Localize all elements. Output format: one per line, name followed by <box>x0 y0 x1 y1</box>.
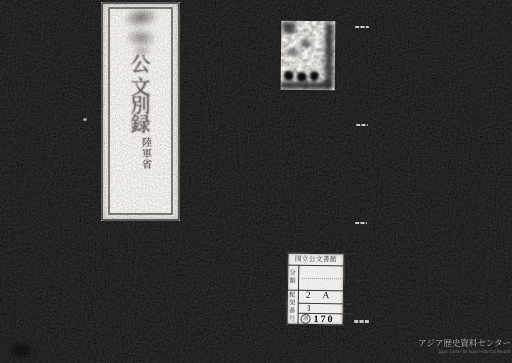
dust-speck <box>378 312 380 314</box>
library-stamp <box>281 21 336 91</box>
binding-stitch <box>356 124 368 126</box>
shelf-label-char: 番 <box>289 308 295 314</box>
stamp-ink-mark <box>325 23 334 85</box>
agency-char: 軍 <box>142 149 152 160</box>
spine-title-char: 公 <box>101 53 180 75</box>
dust-speck <box>398 83 400 85</box>
faint-dotted-rule <box>302 278 341 280</box>
agency-char: 陸 <box>142 138 152 149</box>
dust-speck <box>393 8 395 10</box>
watermark-english: Japan Center for Asian Historical Record… <box>429 349 511 354</box>
binding-stitch <box>355 26 369 28</box>
scanned-book-cover: 公 文 別 録 陸 軍 省 国立公文書館 分 類 <box>0 0 512 363</box>
classification-header-cell: 分 類 <box>287 265 298 291</box>
shelf-number-header-cell: 配 架 番 号 <box>287 290 298 325</box>
stamp-ink-mark <box>281 82 333 90</box>
scan-grain-overlay <box>0 0 512 363</box>
dust-speck <box>247 198 249 200</box>
stamp-ink-mark <box>297 72 307 82</box>
jacar-watermark: アジア歴史資料センター Japan Center for Asian Histo… <box>418 339 511 354</box>
agency-char: 省 <box>142 160 152 171</box>
classification-value-cell <box>298 265 344 292</box>
binding-stitch <box>354 320 369 323</box>
call-number-row-3: 別 170 <box>297 313 346 326</box>
binding-stitch <box>355 222 367 224</box>
watermark-japanese: アジア歴史資料センター <box>418 339 511 349</box>
circled-series-mark: 別 <box>301 314 311 324</box>
shelf-label-char: 号 <box>289 316 295 322</box>
stamp-ink-mark <box>310 71 319 81</box>
agency-name: 陸 軍 省 <box>142 138 152 171</box>
spine-title-char: 録 <box>101 113 180 135</box>
dust-speck <box>83 118 87 121</box>
spine-title-slip: 公 文 別 録 陸 軍 省 <box>101 2 180 221</box>
stamp-ink-mark <box>282 22 295 33</box>
stamp-ink-mark <box>284 71 294 81</box>
classification-char: 分 <box>290 270 296 276</box>
shelf-label-char: 配 <box>289 292 295 298</box>
archive-call-number-label: 国立公文書館 分 類 配 架 番 号 2 A 1 別 170 <box>287 253 345 326</box>
stamp-ink-mark <box>287 49 298 55</box>
dust-speck <box>12 344 30 357</box>
stamp-ink-mark <box>301 39 310 48</box>
classification-char: 類 <box>290 278 296 284</box>
call-number-value: 170 <box>314 313 335 324</box>
shelf-label-char: 架 <box>289 300 295 306</box>
dust-speck <box>373 202 375 204</box>
